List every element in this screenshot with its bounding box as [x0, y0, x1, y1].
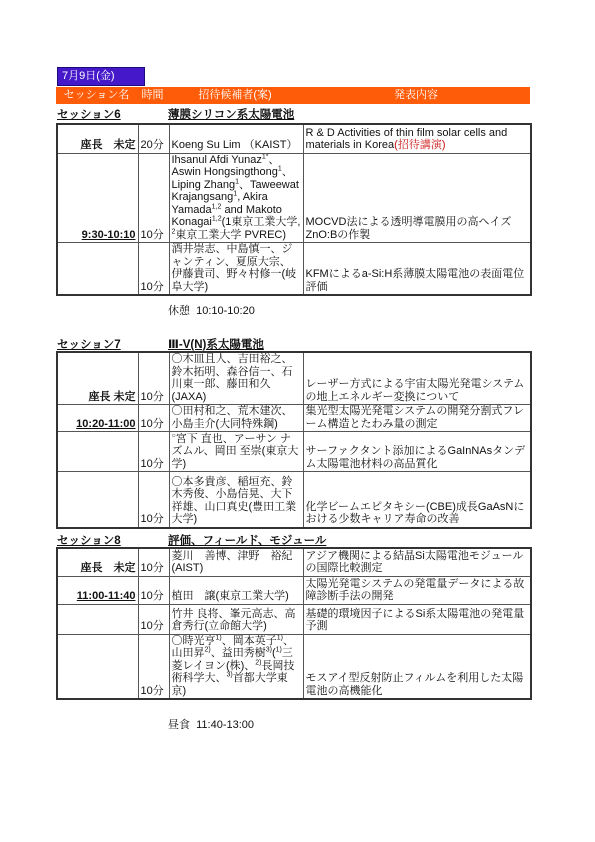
- date-label: 7月9日(金): [62, 70, 115, 82]
- header-session-name: セッション名: [56, 87, 137, 104]
- lunch-note: 昼食 11:40-13:00: [168, 716, 254, 732]
- session8-label: セッション8: [57, 532, 121, 548]
- chair-cell: 座長 未定: [57, 124, 138, 153]
- table-row: 10分 酒井崇志、中島慎一、ジャンティン、夏原大宗、伊藤貴司、野々村修一(岐阜大…: [57, 243, 531, 296]
- table-row: 座長 未定 20分 Koeng Su Lim （KAIST） R & D Act…: [57, 124, 531, 153]
- empty-cell: [57, 634, 138, 699]
- presenter-cell: 竹井 良将、峯元高志、高倉秀行(立命館大学): [169, 604, 303, 634]
- break-note: 休憩 10:10-10:20: [168, 302, 255, 318]
- duration-cell: 10分: [138, 243, 169, 296]
- empty-cell: [57, 472, 138, 528]
- presenter-cell: ○宮下 直也、アーサン ナズムル、岡田 至崇(東京大学): [169, 432, 303, 472]
- time-range-cell: 10:20-11:00: [57, 405, 138, 432]
- duration-cell: 10分: [138, 576, 169, 604]
- session6-label: セッション6: [57, 106, 121, 122]
- table-row: 座長 未定 10分 菱川 善博、津野 裕紀 (AIST) アジア機関による結晶S…: [57, 548, 531, 576]
- table-row: 9:30-10:10 10分 Ihsanul Afdi Yunaz1*、Aswi…: [57, 153, 531, 243]
- presenter-cell: 〇木皿且人、吉田裕之、鈴木拓明、森谷信一、石川東一郎、藤田和久(JAXA): [169, 352, 303, 405]
- time-range-cell: 9:30-10:10: [57, 153, 138, 243]
- table-header-bar: セッション名 時間 招待候補者(案) 発表内容: [56, 87, 530, 104]
- duration-cell: 10分: [138, 604, 169, 634]
- session7-label: セッション7: [57, 336, 121, 352]
- session7-title: Ⅲ-V(N)系太陽電池: [168, 336, 264, 352]
- presenter-cell: 〇本多貴彦、稲垣充、鈴木秀俊、小島信晃、大下祥雄、山口真史(豊田工業大学): [169, 472, 303, 528]
- table-row: 10分 竹井 良将、峯元高志、高倉秀行(立命館大学) 基礎的環境因子によるSi系…: [57, 604, 531, 634]
- content-cell: KFMによるa-Si:H系薄膜太陽電池の表面電位評価: [303, 243, 531, 296]
- content-cell: R & D Activities of thin film solar cell…: [303, 124, 531, 153]
- presenter-cell: 植田 譲(東京工業大学): [169, 576, 303, 604]
- duration-cell: 10分: [138, 472, 169, 528]
- content-cell: MOCVD法による透明導電膜用の高ヘイズZnO:Bの作製: [303, 153, 531, 243]
- empty-cell: [57, 243, 138, 296]
- presenter-cell: 〇田村和之、荒木建次、小島圭介(大同特殊鋼): [169, 405, 303, 432]
- presenter-cell: 〇時光亨1)、岡本英子1)、山田昇2)、益田秀樹3)(1)三菱レイヨン(株)、2…: [169, 634, 303, 699]
- content-cell: レーザー方式による宇宙太陽光発電システムの地上エネルギー変換について: [303, 352, 531, 405]
- session8-title: 評価、フィールド、モジュール: [168, 532, 326, 548]
- presenter-cell: Ihsanul Afdi Yunaz1*、Aswin Hongsingthong…: [169, 153, 303, 243]
- chair-cell: 座長 未定: [57, 548, 138, 576]
- date-label-box: 7月9日(金): [57, 67, 145, 86]
- duration-cell: 10分: [138, 634, 169, 699]
- empty-cell: [57, 432, 138, 472]
- session6-table: 座長 未定 20分 Koeng Su Lim （KAIST） R & D Act…: [56, 123, 532, 296]
- table-row: 10分 ○宮下 直也、アーサン ナズムル、岡田 至崇(東京大学) サーファクタン…: [57, 432, 531, 472]
- duration-cell: 10分: [138, 432, 169, 472]
- duration-cell: 10分: [138, 405, 169, 432]
- duration-cell: 10分: [138, 548, 169, 576]
- session6-title: 薄膜シリコン系太陽電池: [168, 106, 294, 122]
- content-cell: 基礎的環境因子によるSi系太陽電池の発電量予測: [303, 604, 531, 634]
- table-row: 11:00-11:40 10分 植田 譲(東京工業大学) 太陽光発電システムの発…: [57, 576, 531, 604]
- chair-cell: 座長 未定: [57, 352, 138, 405]
- duration-cell: 10分: [138, 352, 169, 405]
- table-row: 座長 未定 10分 〇木皿且人、吉田裕之、鈴木拓明、森谷信一、石川東一郎、藤田和…: [57, 352, 531, 405]
- duration-cell: 20分: [138, 124, 169, 153]
- presenter-cell: 菱川 善博、津野 裕紀 (AIST): [169, 548, 303, 576]
- content-cell: 集光型太陽光発電システムの開発分割式フレーム構造とたわみ量の測定: [303, 405, 531, 432]
- header-invited-candidate: 招待候補者(案): [168, 87, 302, 104]
- table-row: 10分 〇本多貴彦、稲垣充、鈴木秀俊、小島信晃、大下祥雄、山口真史(豊田工業大学…: [57, 472, 531, 528]
- content-cell: モスアイ型反射防止フィルムを利用した太陽電池の高機能化: [303, 634, 531, 699]
- time-range-cell: 11:00-11:40: [57, 576, 138, 604]
- empty-cell: [57, 604, 138, 634]
- header-presentation-content: 発表内容: [302, 87, 530, 104]
- content-cell: 化学ビームエピタキシー(CBE)成長GaAsNにおける少数キャリア寿命の改善: [303, 472, 531, 528]
- header-time: 時間: [137, 87, 168, 104]
- table-row: 10:20-11:00 10分 〇田村和之、荒木建次、小島圭介(大同特殊鋼) 集…: [57, 405, 531, 432]
- session8-table: 座長 未定 10分 菱川 善博、津野 裕紀 (AIST) アジア機関による結晶S…: [56, 547, 532, 700]
- invited-talk-note: (招待講演): [394, 139, 445, 151]
- duration-cell: 10分: [138, 153, 169, 243]
- presenter-cell: Koeng Su Lim （KAIST）: [169, 124, 303, 153]
- presenter-cell: 酒井崇志、中島慎一、ジャンティン、夏原大宗、伊藤貴司、野々村修一(岐阜大学): [169, 243, 303, 296]
- content-cell: 太陽光発電システムの発電量データによる故障診断手法の開発: [303, 576, 531, 604]
- content-cell: サーファクタント添加によるGaInNAsタンデム太陽電池材料の高品質化: [303, 432, 531, 472]
- content-cell: アジア機関による結晶Si太陽電池モジュールの国際比較測定: [303, 548, 531, 576]
- table-row: 10分 〇時光亨1)、岡本英子1)、山田昇2)、益田秀樹3)(1)三菱レイヨン(…: [57, 634, 531, 699]
- session7-table: 座長 未定 10分 〇木皿且人、吉田裕之、鈴木拓明、森谷信一、石川東一郎、藤田和…: [56, 351, 532, 529]
